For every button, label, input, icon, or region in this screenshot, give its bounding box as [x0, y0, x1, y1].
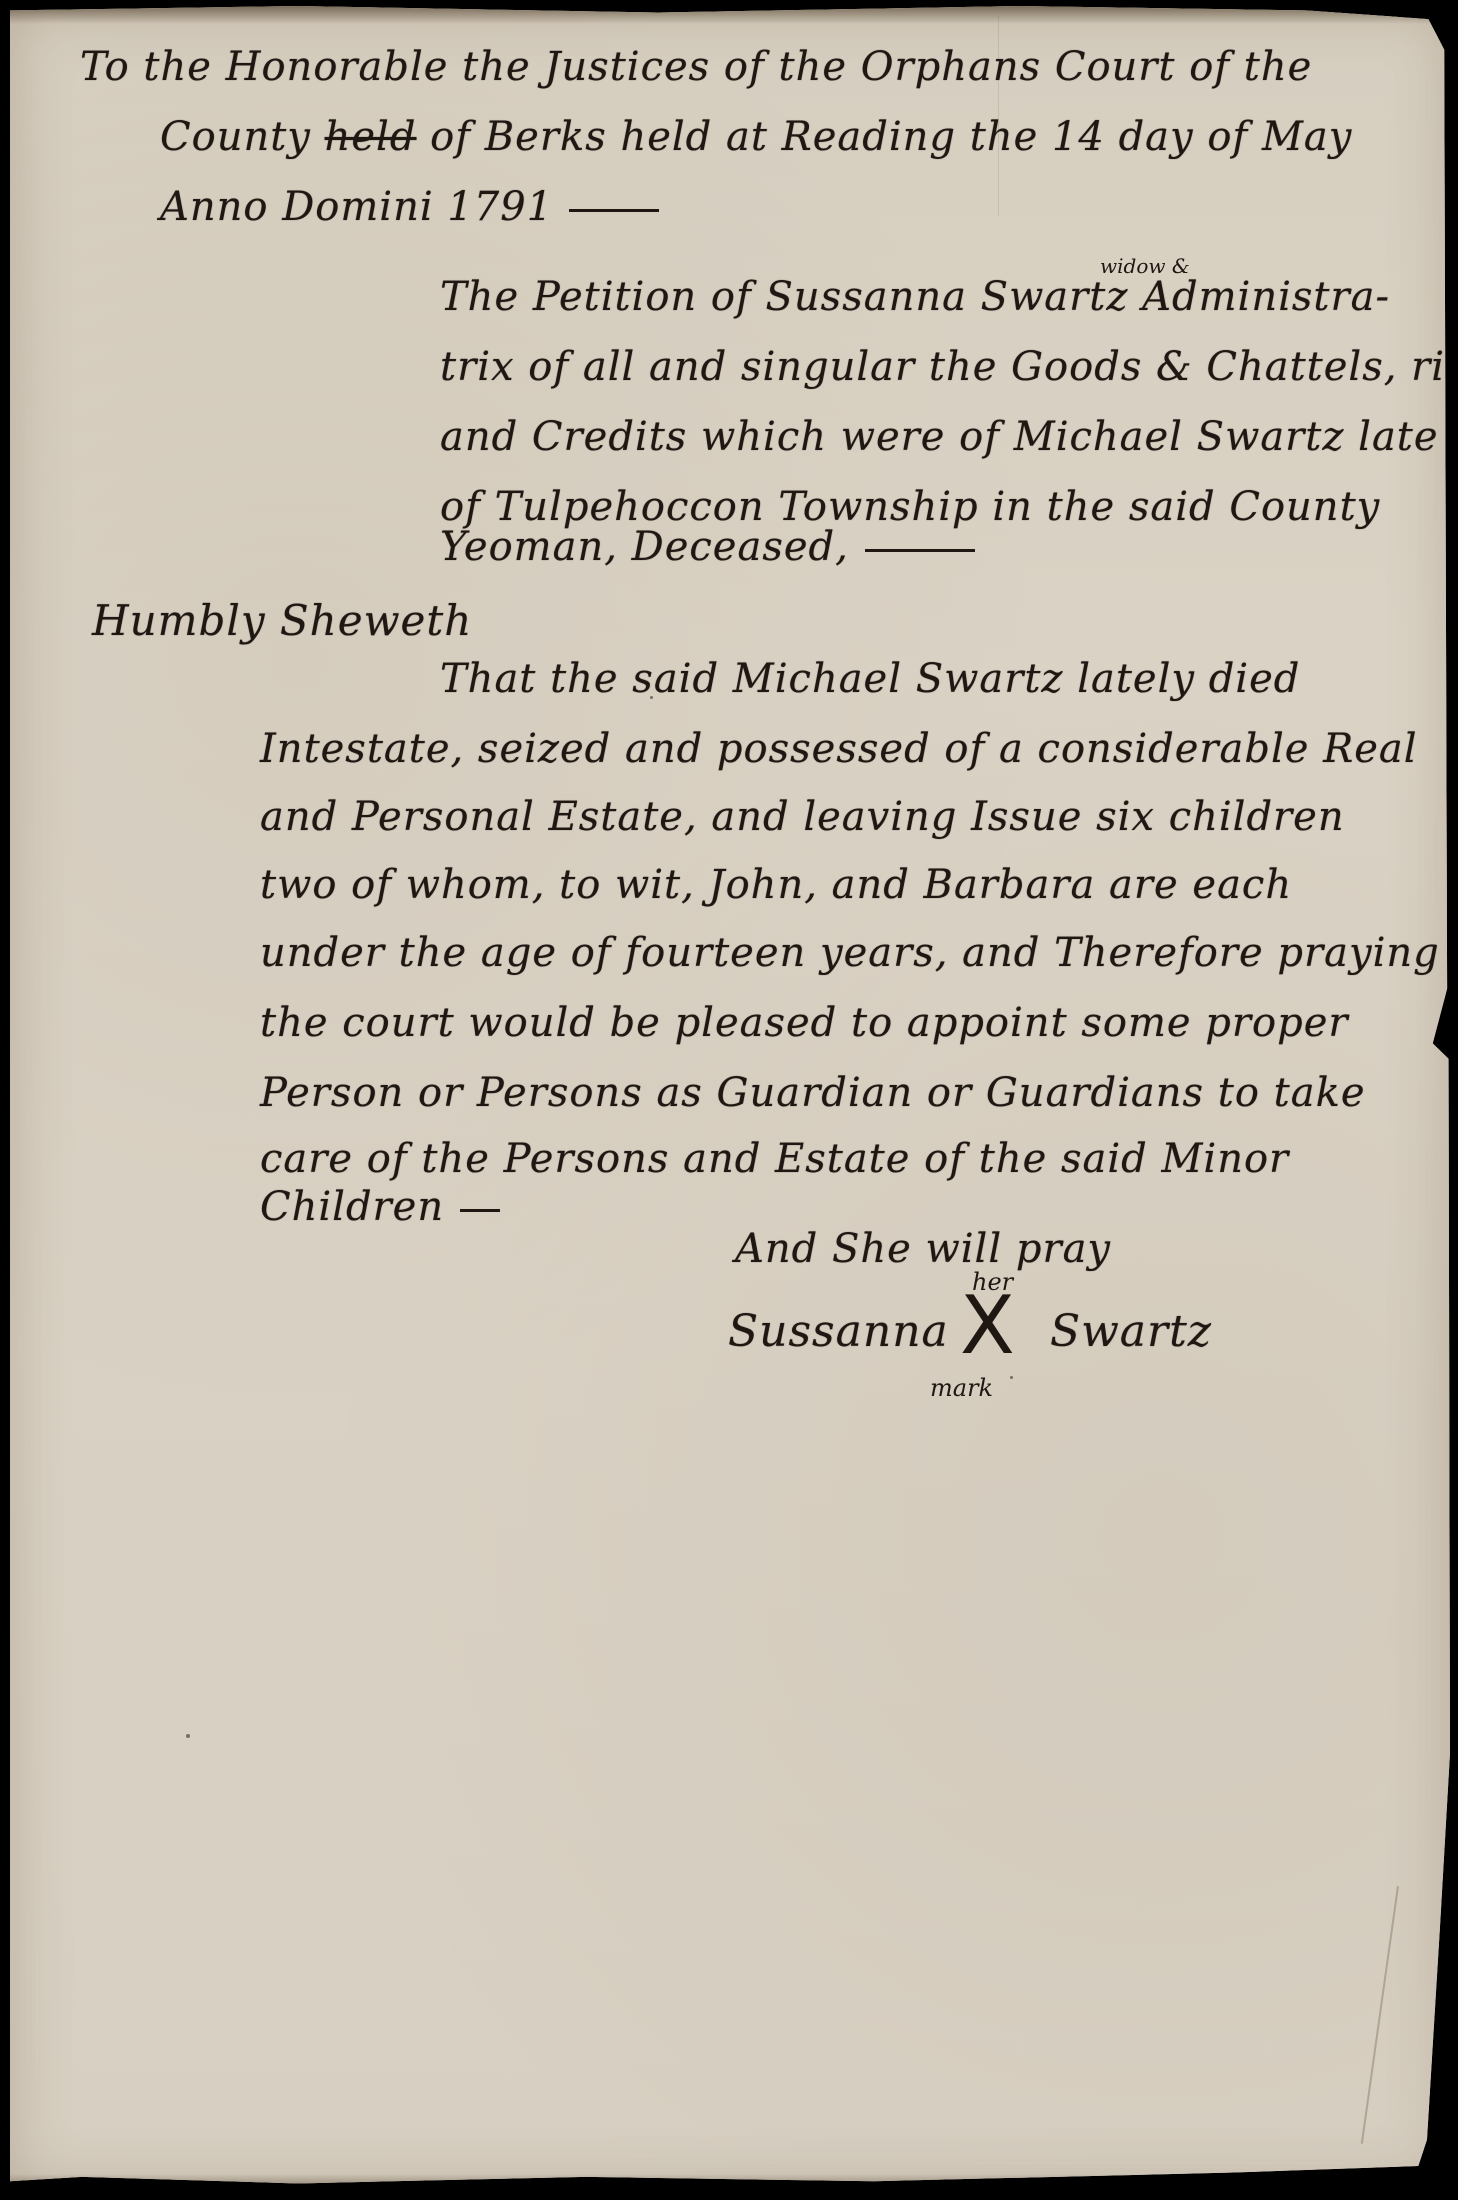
petition-line-5-text: Yeoman, Deceased,: [440, 524, 849, 570]
petition-line-1: The Petition of Sussanna Swartz Administ…: [440, 274, 1390, 320]
ink-speck: [1010, 1376, 1013, 1379]
signature-mark-x: X: [960, 1286, 1015, 1366]
fold-line: [1361, 1886, 1399, 2144]
address-line-2: County held of Berks held at Reading the…: [160, 114, 1352, 160]
body-line: two of whom, to wit, John, and Barbara a…: [260, 862, 1292, 908]
body-line: and Personal Estate, and leaving Issue s…: [260, 794, 1345, 840]
address-line-1: To the Honorable the Justices of the Orp…: [80, 44, 1312, 90]
petition-line-5: Yeoman, Deceased,: [440, 524, 975, 570]
signature-first-name: Sussanna: [728, 1306, 949, 1357]
body-line-last: Children: [260, 1184, 500, 1230]
mark-label: mark: [930, 1374, 993, 1402]
petition-line-2: trix of all and singular the Goods & Cha…: [440, 344, 1458, 390]
flourish-dash: [460, 1209, 500, 1212]
petition-line-3: and Credits which were of Michael Swartz…: [440, 414, 1439, 460]
body-line-children: Children: [260, 1184, 444, 1230]
body-line: under the age of fourteen years, and The…: [260, 930, 1440, 976]
body-line: care of the Persons and Estate of the sa…: [260, 1136, 1289, 1182]
signature-last-name: Swartz: [1050, 1306, 1212, 1357]
body-line: Person or Persons as Guardian or Guardia…: [260, 1070, 1366, 1116]
document-paper: To the Honorable the Justices of the Orp…: [10, 6, 1450, 2190]
struck-word: held: [325, 114, 417, 160]
address-line-3: Anno Domini 1791: [160, 184, 659, 230]
address-line-2-post: of Berks held at Reading the 14 day of M…: [416, 114, 1352, 160]
closing-line: And She will pray: [735, 1226, 1111, 1272]
body-line: Intestate, seized and possessed of a con…: [260, 726, 1418, 772]
body-line: the court would be pleased to appoint so…: [260, 1000, 1349, 1046]
anno-domini-date: Anno Domini 1791: [160, 184, 553, 230]
heading-humbly-sheweth: Humbly Sheweth: [92, 596, 472, 645]
ink-speck: [186, 1734, 190, 1738]
flourish-dash: [865, 549, 975, 552]
address-line-2-pre: County: [160, 114, 325, 160]
body-line: That the said Michael Swartz lately died: [440, 656, 1300, 702]
flourish-dash: [569, 209, 659, 212]
